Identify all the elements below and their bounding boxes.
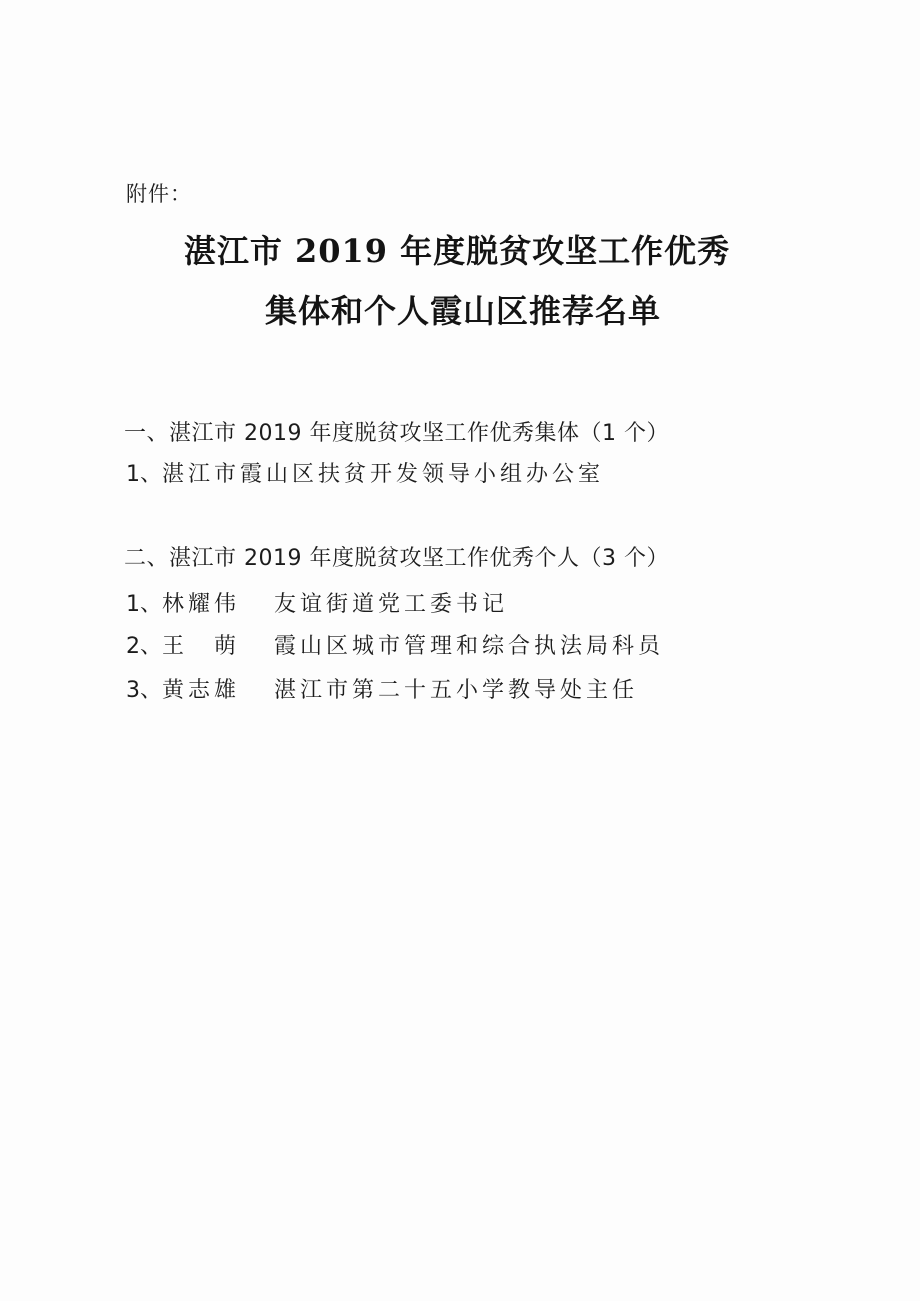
- collective-item: 1、湛江市霞山区扶贫开发领导小组办公室: [126, 457, 604, 488]
- document-page: 附件： 湛江市 2019 年度脱贫攻坚工作优秀 集体和个人霞山区推荐名单 一、湛…: [0, 0, 920, 1301]
- person-name: 林耀伟: [162, 587, 274, 618]
- attachment-label: 附件：: [126, 178, 192, 208]
- individual-item: 1、林耀伟友谊街道党工委书记: [126, 587, 508, 618]
- person-name: 黄志雄: [162, 673, 274, 704]
- individual-item: 2、王 萌霞山区城市管理和综合执法局科员: [126, 629, 664, 660]
- document-title-line-1: 湛江市 2019 年度脱贫攻坚工作优秀: [0, 226, 917, 272]
- item-number: 1、: [126, 457, 162, 488]
- person-position: 湛江市第二十五小学教导处主任: [274, 673, 638, 704]
- item-number: 2、: [126, 629, 162, 660]
- person-position: 霞山区城市管理和综合执法局科员: [274, 629, 664, 660]
- person-name: 王 萌: [162, 629, 274, 660]
- item-number: 1、: [126, 587, 162, 618]
- item-text: 湛江市霞山区扶贫开发领导小组办公室: [162, 462, 604, 487]
- person-position: 友谊街道党工委书记: [274, 587, 508, 618]
- document-title-line-2: 集体和个人霞山区推荐名单: [3, 286, 920, 332]
- section-heading-individual: 二、湛江市 2019 年度脱贫攻坚工作优秀个人（3 个）: [124, 541, 669, 572]
- individual-item: 3、黄志雄湛江市第二十五小学教导处主任: [126, 673, 638, 704]
- section-heading-collective: 一、湛江市 2019 年度脱贫攻坚工作优秀集体（1 个）: [124, 416, 669, 447]
- item-number: 3、: [126, 673, 162, 704]
